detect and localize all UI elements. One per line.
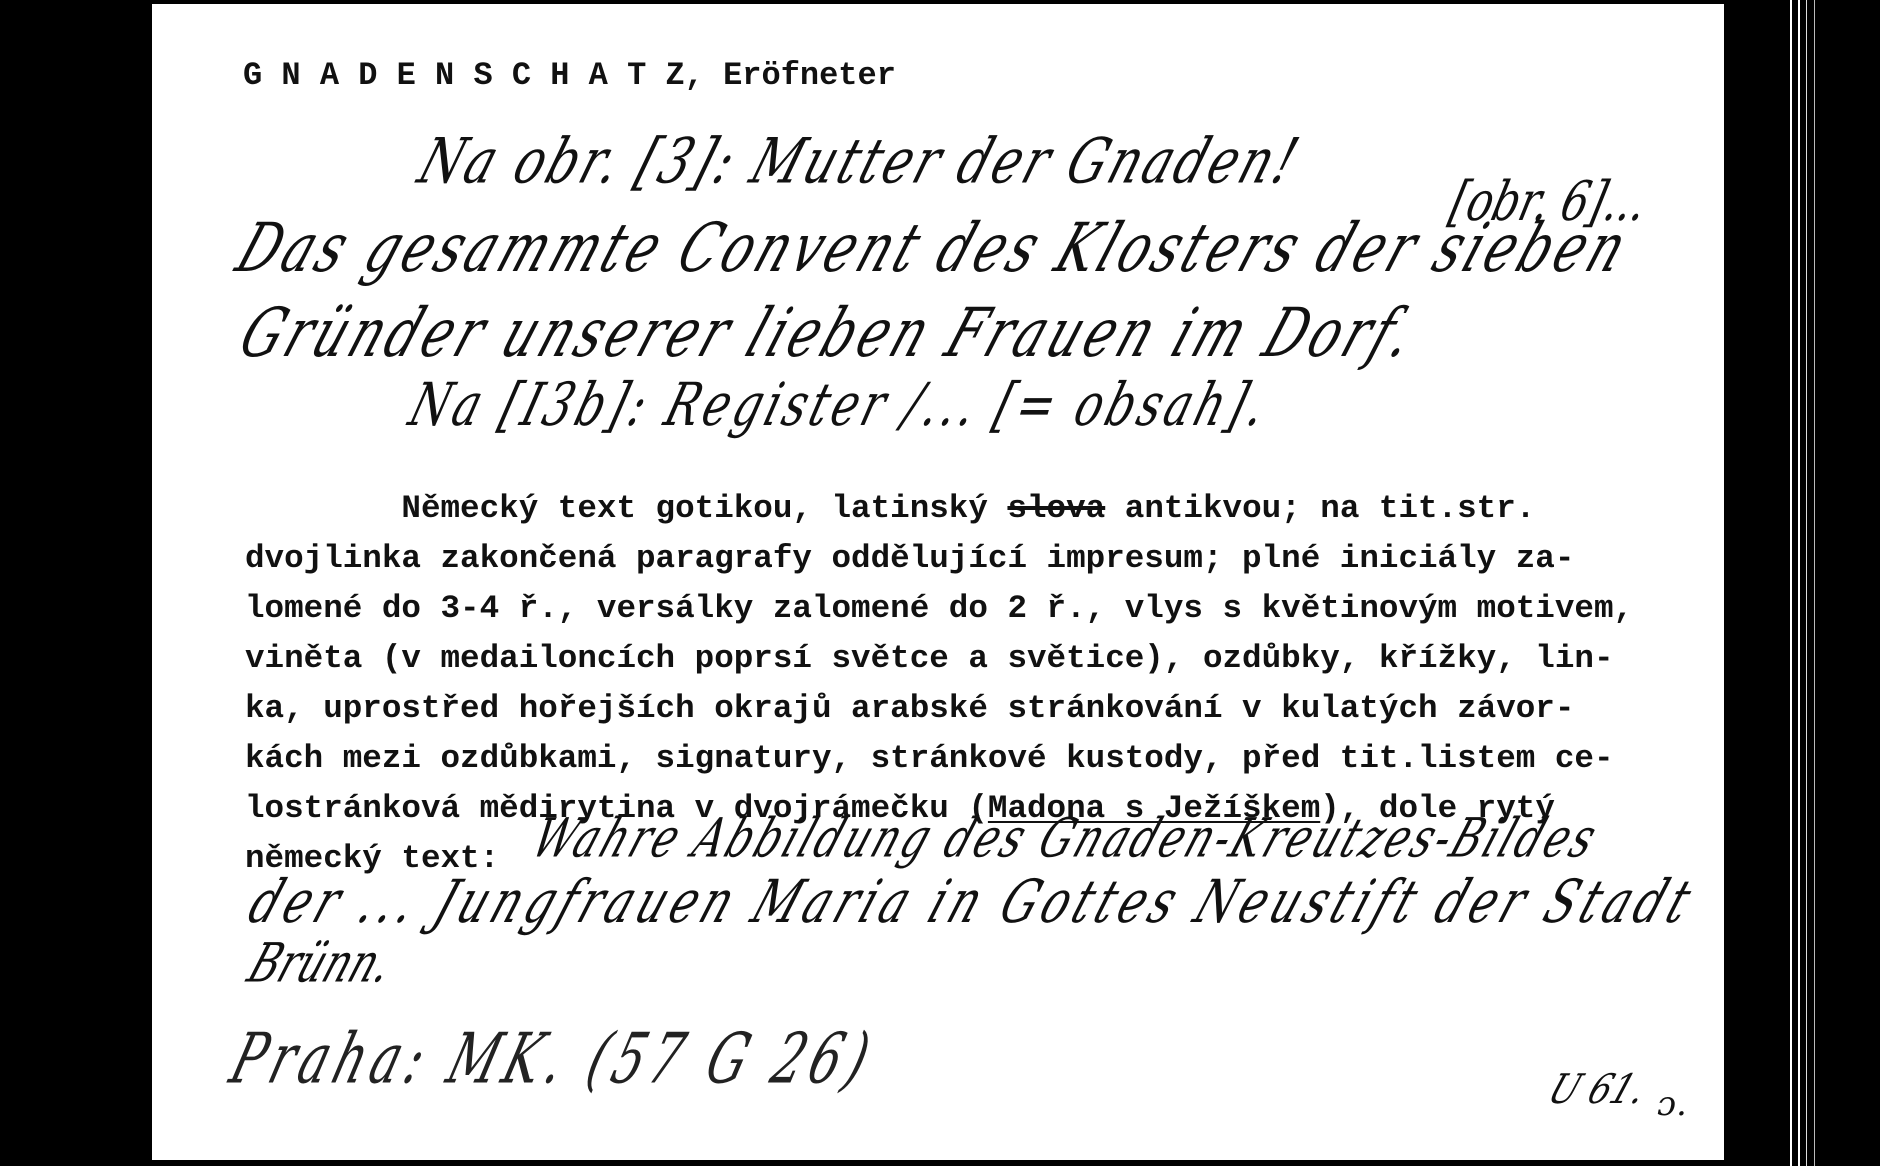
typed-line-1-text: Německý text gotikou, latinský (245, 490, 1007, 527)
handwritten-header-line-2: Das gesammte Convent des Klosters der si… (227, 209, 1641, 287)
handwritten-header-line-4: Na [I3b]: Register /... [= obsah]. (402, 371, 1278, 440)
handwritten-header-line-3: Gründer unserer lieben Frauen im Dorf. (230, 294, 1429, 372)
typed-line-1-tail: antikvou; na tit.str. (1105, 490, 1535, 527)
typed-line-6: kách mezi ozdůbkami, signatury, stránkov… (245, 743, 1614, 776)
typed-line-5: ka, uprostřed hořejších okrajů arabské s… (245, 693, 1574, 726)
shelfmark: Praha: MK. (57 G 26) (222, 1019, 884, 1100)
card-title: G N A D E N S C H A T Z, Eröfneter (243, 60, 896, 92)
scan-edge-strip (1788, 0, 1836, 1166)
handwritten-german-line-2: der ... Jungfrauen Maria in Gottes Neust… (240, 868, 1705, 937)
struck-word: slova (1007, 490, 1105, 527)
handwritten-german-line-3: Brünn. (240, 933, 401, 995)
typed-line-3: lomené do 3-4 ř., versálky zalomené do 2… (245, 593, 1633, 626)
typed-line-4: viněta (v medailoncích poprsí světce a s… (245, 643, 1614, 676)
handwritten-german-line-1: Wahre Abbildung des Gnaden-Kreutzes-Bild… (524, 808, 1607, 870)
typed-line-2: dvojlinka zakončená paragrafy oddělující… (245, 543, 1574, 576)
typed-line-1: Německý text gotikou, latinský slova ant… (245, 493, 1535, 526)
corner-note: U 61. (1542, 1066, 1653, 1114)
handwritten-header-line-1: Na obr. [3]: Mutter der Gnaden! (410, 125, 1310, 198)
catalog-card: G N A D E N S C H A T Z, Eröfneter Na ob… (152, 4, 1724, 1160)
corner-mark: ɔ. (1657, 1084, 1687, 1124)
